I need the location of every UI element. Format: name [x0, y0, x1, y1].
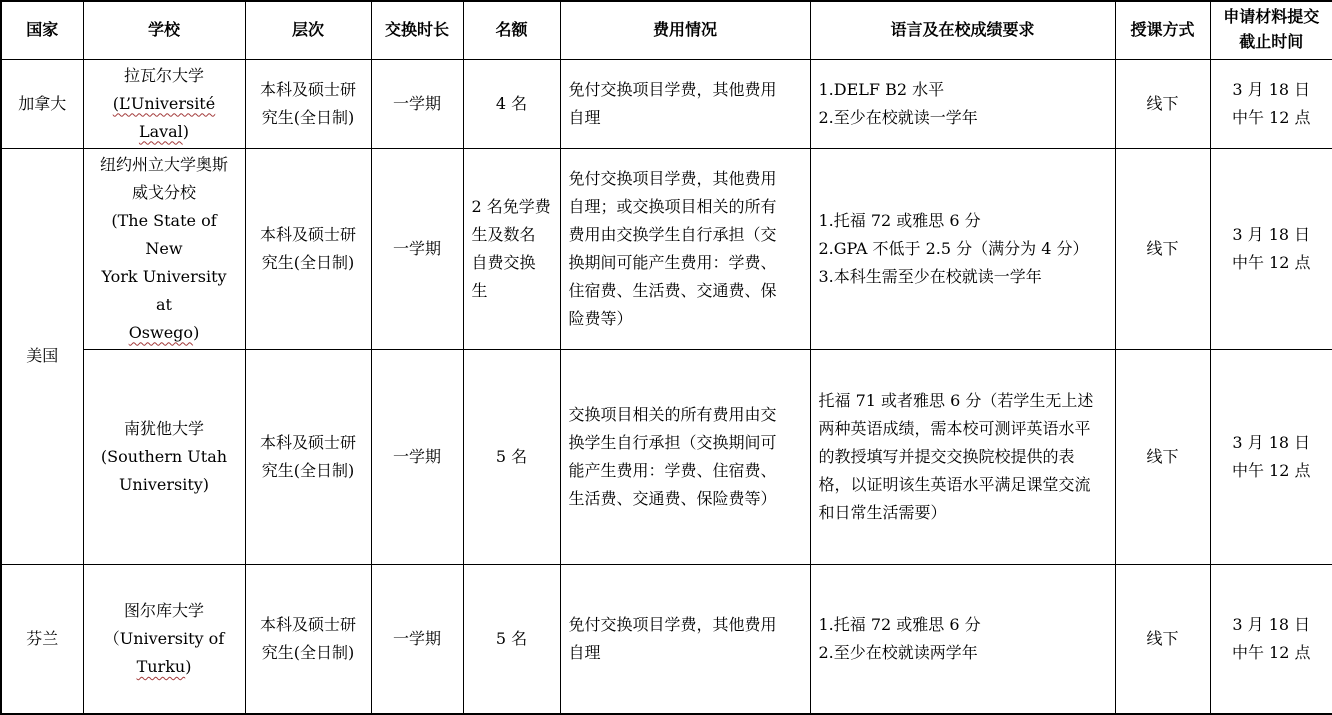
text-line: 威戈分校	[92, 179, 237, 207]
text-line: Turku)	[92, 653, 237, 681]
table-row: 美国 纽约州立大学奥斯 威戈分校 (The State of New York …	[1, 148, 1332, 349]
exchange-program-table: 国家 学校 层次 交换时长 名额 费用情况 语言及在校成绩要求 授课方式 申请材…	[0, 0, 1332, 715]
text-line: 究生(全日制)	[254, 457, 363, 485]
text-line: 3 月 18 日	[1219, 429, 1325, 457]
header-mode: 授课方式	[1115, 1, 1210, 59]
text-line: 究生(全日制)	[254, 104, 363, 132]
text-line: 免付交换项目学费，其他费用	[569, 76, 802, 104]
text-line: 拉瓦尔大学	[92, 62, 237, 90]
text-line: 生及数名	[472, 221, 552, 249]
misspelled-word: Turku	[137, 657, 186, 676]
text-segment: )	[185, 657, 191, 676]
level-cell: 本科及硕士研 究生(全日制)	[245, 349, 371, 564]
requirements-cell: 1.托福 72 或雅思 6 分 2.至少在校就读两学年	[810, 564, 1115, 714]
quota-cell: 5 名	[463, 349, 560, 564]
quota-cell: 4 名	[463, 59, 560, 148]
text-line: 住宿费、生活费、交通费、保	[569, 277, 802, 305]
text-line: 本科及硕士研	[254, 76, 363, 104]
fee-cell: 免付交换项目学费，其他费用 自理；或交换项目相关的所有 费用由交换学生自行承担（…	[560, 148, 810, 349]
country-cell: 加拿大	[1, 59, 83, 148]
header-deadline: 申请材料提交 截止时间	[1210, 1, 1332, 59]
text-line: 本科及硕士研	[254, 221, 363, 249]
text-line: 3.本科生需至少在校就读一学年	[819, 263, 1107, 291]
level-cell: 本科及硕士研 究生(全日制)	[245, 564, 371, 714]
deadline-cell: 3 月 18 日 中午 12 点	[1210, 148, 1332, 349]
text-line: 究生(全日制)	[254, 639, 363, 667]
text-line: 2.至少在校就读一学年	[819, 104, 1107, 132]
text-line: 2.至少在校就读两学年	[819, 639, 1107, 667]
header-fee: 费用情况	[560, 1, 810, 59]
school-cell: 拉瓦尔大学 (L’Université Laval)	[83, 59, 245, 148]
text-line: 托福 71 或者雅思 6 分（若学生无上述	[819, 387, 1107, 415]
text-line: 费用由交换学生自行承担（交	[569, 221, 802, 249]
fee-cell: 免付交换项目学费，其他费用 自理	[560, 59, 810, 148]
text-line: 申请材料提交	[1213, 5, 1331, 30]
text-line: 3 月 18 日	[1219, 611, 1325, 639]
text-line: 南犹他大学	[92, 415, 237, 443]
text-line: 1.托福 72 或雅思 6 分	[819, 611, 1107, 639]
school-cell: 南犹他大学 (Southern Utah University)	[83, 349, 245, 564]
deadline-cell: 3 月 18 日 中午 12 点	[1210, 59, 1332, 148]
text-line: （University of	[92, 625, 237, 653]
text-line: 中午 12 点	[1219, 249, 1325, 277]
level-cell: 本科及硕士研 究生(全日制)	[245, 59, 371, 148]
text-line: 自费交换	[472, 249, 552, 277]
text-line: Laval)	[92, 118, 237, 146]
text-segment: )	[193, 323, 199, 342]
text-segment: )	[183, 122, 189, 141]
text-line: 生	[472, 277, 552, 305]
text-line: 换期间可能产生费用：学费、	[569, 249, 802, 277]
misspelled-word: Oswego	[129, 323, 193, 342]
text-line: 究生(全日制)	[254, 249, 363, 277]
text-line: (L’Université	[92, 90, 237, 118]
duration-cell: 一学期	[371, 148, 463, 349]
table-row: 芬兰 图尔库大学 （University of Turku) 本科及硕士研 究生…	[1, 564, 1332, 714]
text-line: 自理	[569, 104, 802, 132]
mode-cell: 线下	[1115, 148, 1210, 349]
text-line: 交换项目相关的所有费用由交	[569, 401, 802, 429]
text-line: 的教授填写并提交交换院校提供的表	[819, 443, 1107, 471]
quota-cell: 2 名免学费 生及数名 自费交换 生	[463, 148, 560, 349]
text-line: 1.托福 72 或雅思 6 分	[819, 207, 1107, 235]
text-line: 和日常生活需要）	[819, 499, 1107, 527]
mode-cell: 线下	[1115, 349, 1210, 564]
header-row: 国家 学校 层次 交换时长 名额 费用情况 语言及在校成绩要求 授课方式 申请材…	[1, 1, 1332, 59]
fee-cell: 免付交换项目学费，其他费用 自理	[560, 564, 810, 714]
text-line: 纽约州立大学奥斯	[92, 151, 237, 179]
text-line: 中午 12 点	[1219, 457, 1325, 485]
text-line: 中午 12 点	[1219, 639, 1325, 667]
level-cell: 本科及硕士研 究生(全日制)	[245, 148, 371, 349]
text-line: 能产生费用：学费、住宿费、	[569, 457, 802, 485]
country-cell: 美国	[1, 148, 83, 564]
text-line: 免付交换项目学费，其他费用	[569, 165, 802, 193]
text-line: 2.GPA 不低于 2.5 分（满分为 4 分）	[819, 235, 1107, 263]
text-line: Oswego)	[92, 319, 237, 347]
header-level: 层次	[245, 1, 371, 59]
school-cell: 纽约州立大学奥斯 威戈分校 (The State of New York Uni…	[83, 148, 245, 349]
requirements-cell: 1.DELF B2 水平 2.至少在校就读一学年	[810, 59, 1115, 148]
deadline-cell: 3 月 18 日 中午 12 点	[1210, 349, 1332, 564]
header-country: 国家	[1, 1, 83, 59]
duration-cell: 一学期	[371, 564, 463, 714]
text-line: York University at	[92, 263, 237, 319]
requirements-cell: 托福 71 或者雅思 6 分（若学生无上述 两种英语成绩，需本校可测评英语水平 …	[810, 349, 1115, 564]
text-line: 本科及硕士研	[254, 611, 363, 639]
deadline-cell: 3 月 18 日 中午 12 点	[1210, 564, 1332, 714]
duration-cell: 一学期	[371, 349, 463, 564]
text-line: 1.DELF B2 水平	[819, 76, 1107, 104]
quota-cell: 5 名	[463, 564, 560, 714]
text-line: 图尔库大学	[92, 597, 237, 625]
text-line: 免付交换项目学费，其他费用	[569, 611, 802, 639]
mode-cell: 线下	[1115, 59, 1210, 148]
header-school: 学校	[83, 1, 245, 59]
duration-cell: 一学期	[371, 59, 463, 148]
text-line: 格，以证明该生英语水平满足课堂交流	[819, 471, 1107, 499]
text-line: 本科及硕士研	[254, 429, 363, 457]
text-line: (Southern Utah	[92, 443, 237, 471]
table-row: 南犹他大学 (Southern Utah University) 本科及硕士研 …	[1, 349, 1332, 564]
country-cell: 芬兰	[1, 564, 83, 714]
misspelled-word: (L’Université	[113, 94, 215, 113]
text-line: (The State of New	[92, 207, 237, 263]
table-row: 加拿大 拉瓦尔大学 (L’Université Laval) 本科及硕士研 究生…	[1, 59, 1332, 148]
text-line: 自理	[569, 639, 802, 667]
text-line: 自理；或交换项目相关的所有	[569, 193, 802, 221]
text-line: 截止时间	[1213, 30, 1331, 55]
header-requirements: 语言及在校成绩要求	[810, 1, 1115, 59]
text-line: 2 名免学费	[472, 193, 552, 221]
text-line: 险费等）	[569, 305, 802, 333]
school-cell: 图尔库大学 （University of Turku)	[83, 564, 245, 714]
requirements-cell: 1.托福 72 或雅思 6 分 2.GPA 不低于 2.5 分（满分为 4 分）…	[810, 148, 1115, 349]
text-line: 中午 12 点	[1219, 104, 1325, 132]
text-line: University)	[92, 471, 237, 499]
text-line: 两种英语成绩，需本校可测评英语水平	[819, 415, 1107, 443]
text-line: 3 月 18 日	[1219, 221, 1325, 249]
misspelled-word: Laval	[139, 122, 183, 141]
text-line: 换学生自行承担（交换期间可	[569, 429, 802, 457]
header-duration: 交换时长	[371, 1, 463, 59]
header-quota: 名额	[463, 1, 560, 59]
text-line: 3 月 18 日	[1219, 76, 1325, 104]
text-line: 生活费、交通费、保险费等）	[569, 485, 802, 513]
mode-cell: 线下	[1115, 564, 1210, 714]
fee-cell: 交换项目相关的所有费用由交 换学生自行承担（交换期间可 能产生费用：学费、住宿费…	[560, 349, 810, 564]
